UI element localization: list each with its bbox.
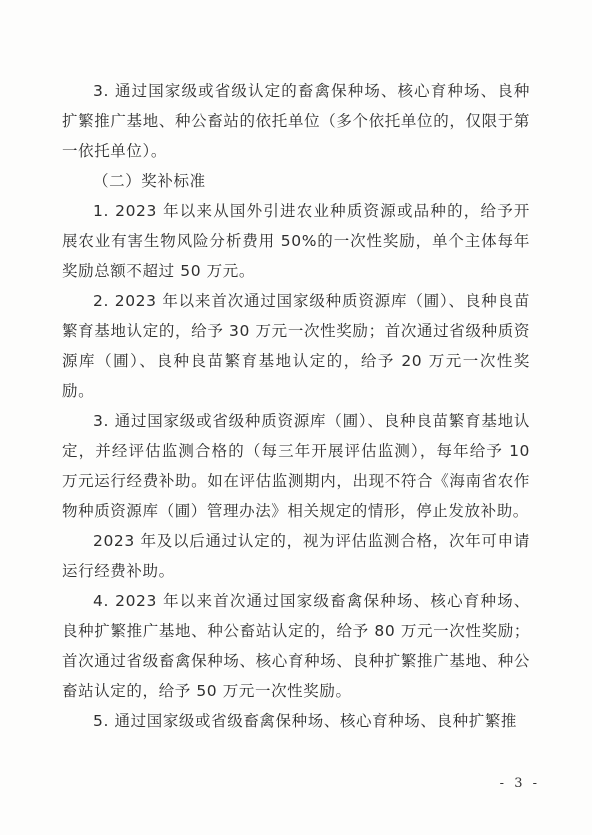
paragraph-reward-4-livestock-farms: 4. 2023 年以来首次通过国家级畜禽保种场、核心育种场、良种扩繁推广基地、种… [62,586,530,706]
document-page: 3. 通过国家级或省级认定的畜禽保种场、核心育种场、良种扩繁推广基地、种公畜站的… [0,0,592,835]
paragraph-item-3-dependent-units: 3. 通过国家级或省级认定的畜禽保种场、核心育种场、良种扩繁推广基地、种公畜站的… [62,76,530,166]
paragraph-reward-3-note-2023: 2023 年及以后通过认定的，视为评估监测合格，次年可申请运行经费补助。 [62,526,530,586]
paragraph-reward-1-imported-germplasm: 1. 2023 年以来从国外引进农业种质资源或品种的，给予开展农业有害生物风险分… [62,196,530,286]
section-heading-reward-standards: （二）奖补标准 [62,166,530,196]
paragraph-reward-3-operation-subsidy: 3. 通过国家级或省级种质资源库（圃）、良种良苗繁育基地认定，并经评估监测合格的… [62,406,530,526]
page-number: - 3 - [500,776,540,791]
paragraph-reward-5-continued: 5. 通过国家级或省级畜禽保种场、核心育种场、良种扩繁推 [62,706,530,736]
paragraph-reward-2-first-certification: 2. 2023 年以来首次通过国家级种质资源库（圃）、良种良苗繁育基地认定的，给… [62,286,530,406]
document-text-block: 3. 通过国家级或省级认定的畜禽保种场、核心育种场、良种扩繁推广基地、种公畜站的… [62,76,530,736]
